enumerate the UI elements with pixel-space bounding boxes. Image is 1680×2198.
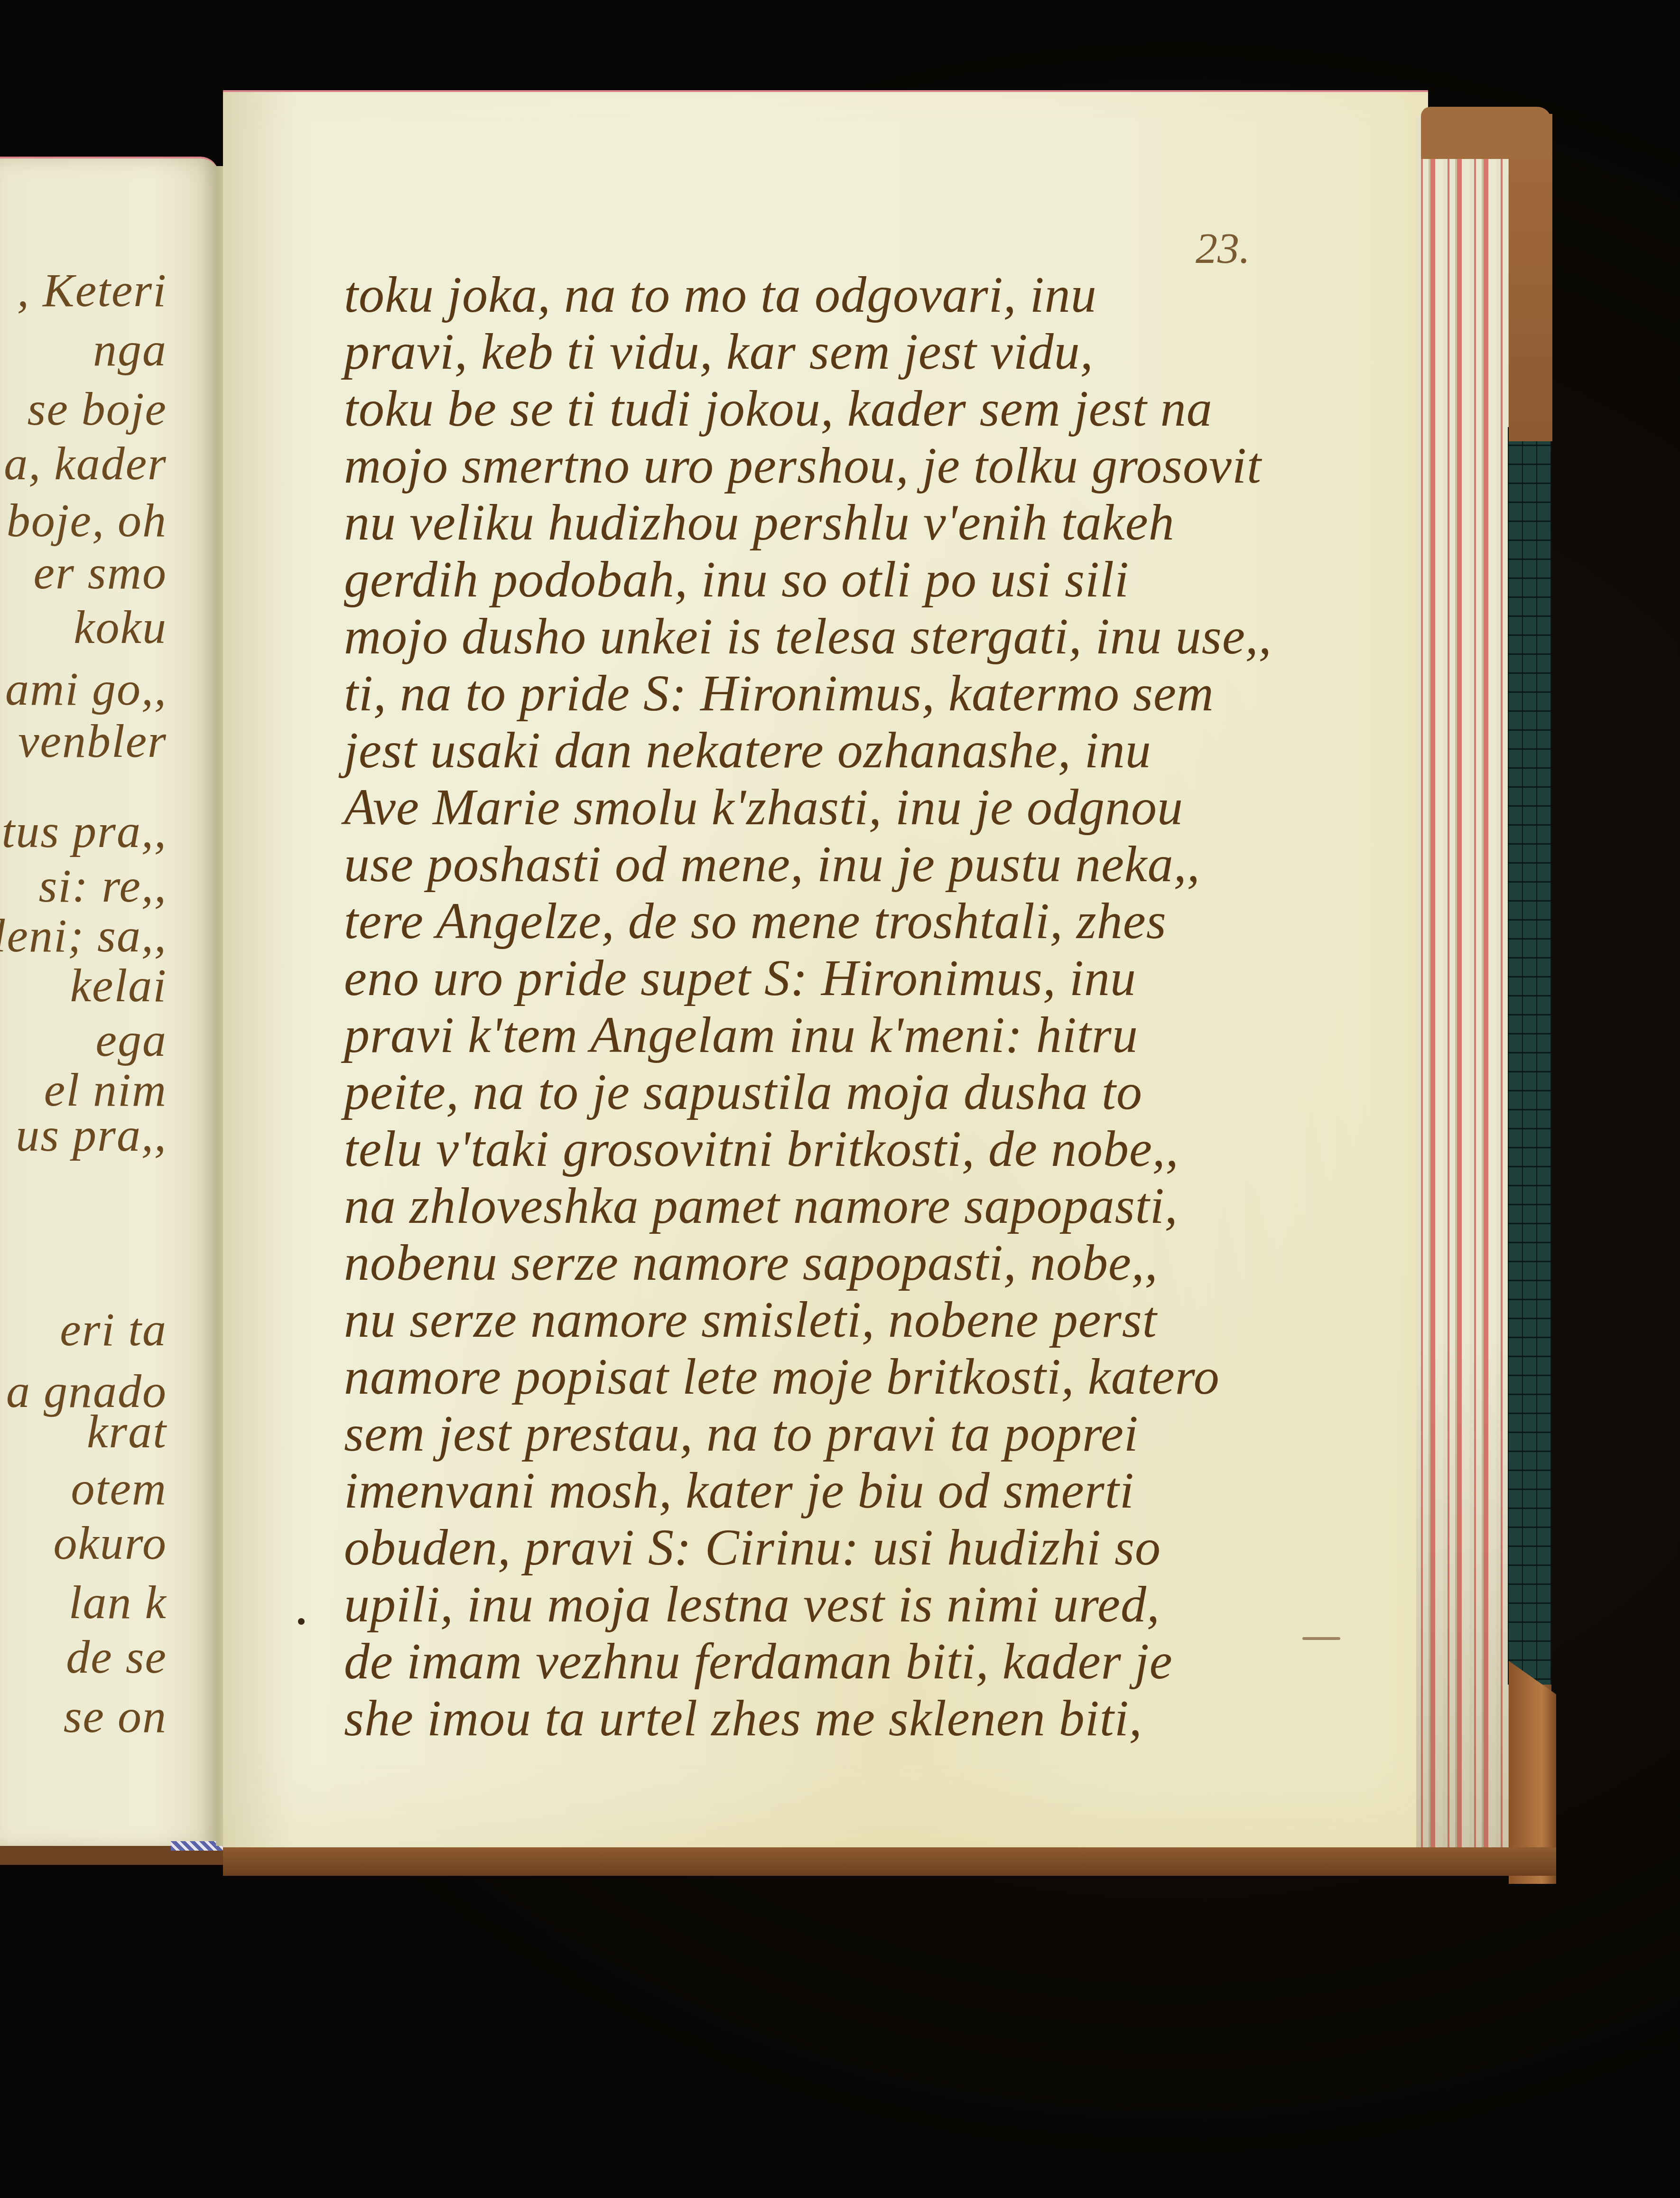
left-line: ami go,, xyxy=(5,661,167,716)
manuscript-line: mojo smertno uro pershou, je tolku groso… xyxy=(344,437,1262,495)
marbled-green-board xyxy=(1508,427,1551,1685)
leather-cover-bottom xyxy=(223,1847,1556,1876)
manuscript-line: use poshasti od mene, inu je pustu neka,… xyxy=(344,835,1200,894)
manuscript-line: jest usaki dan nekatere ozhanashe, inu xyxy=(344,721,1151,780)
manuscript-line: toku joka, na to mo ta odgovari, inu xyxy=(344,266,1097,325)
manuscript-line: de imam vezhnu ferdaman biti, kader je xyxy=(344,1632,1173,1691)
left-page: , Keteri nga se boje a, kader boje, oh e… xyxy=(0,157,219,1848)
left-line: kelai xyxy=(70,958,167,1013)
manuscript-line: na zhloveshka pamet namore sapopasti, xyxy=(344,1177,1178,1236)
left-line: boje, oh xyxy=(7,493,167,548)
left-line: leni; sa,, xyxy=(0,908,167,963)
left-line: se boje xyxy=(28,382,167,436)
left-line: de se xyxy=(66,1630,167,1684)
left-line: a, kader xyxy=(4,436,167,491)
manuscript-line: telu v'taki grosovitni britkosti, de nob… xyxy=(344,1120,1179,1179)
left-line: us pra,, xyxy=(16,1108,167,1162)
manuscript-line: sem jest prestau, na to pravi ta poprei xyxy=(344,1405,1139,1463)
manuscript-line: gerdih podobah, inu so otli po usi sili xyxy=(344,550,1129,609)
margin-mark xyxy=(1302,1637,1340,1640)
manuscript-line: imenvani mosh, kater je biu od smerti xyxy=(344,1462,1134,1520)
manuscript-line: nu serze namore smisleti, nobene perst xyxy=(344,1291,1157,1350)
left-line: lan k xyxy=(69,1575,167,1630)
manuscript-line: peite, na to je sapustila moja dusha to xyxy=(344,1063,1142,1122)
manuscript-line: ti, na to pride S: Hironimus, katermo se… xyxy=(344,664,1214,723)
left-line: si: re,, xyxy=(38,858,167,913)
left-line: okuro xyxy=(53,1516,167,1570)
manuscript-line: toku be se ti tudi jokou, kader sem jest… xyxy=(344,380,1213,438)
manuscript-line: nu veliku hudizhou pershlu v'enih takeh xyxy=(344,494,1175,552)
left-line: se on xyxy=(64,1689,167,1743)
manuscript-line: namore popisat lete moje britkosti, kate… xyxy=(344,1348,1220,1406)
manuscript-line: Ave Marie smolu k'zhasti, inu je odgnou xyxy=(344,778,1183,837)
left-line: venbler xyxy=(18,714,167,768)
manuscript-line: eno uro pride supet S: Hironimus, inu xyxy=(344,949,1136,1008)
left-line: krat xyxy=(87,1404,167,1459)
manuscript-line: mojo dusho unkei is telesa stergati, inu… xyxy=(344,607,1272,666)
left-line: eri ta xyxy=(60,1302,167,1357)
page-fore-edge xyxy=(1416,116,1511,1848)
ink-spot xyxy=(298,1618,305,1625)
left-line: otem xyxy=(71,1461,167,1516)
page-number: 23. xyxy=(1196,223,1250,273)
left-line: ega xyxy=(96,1013,167,1067)
left-line: er smo xyxy=(34,545,167,600)
manuscript-line: upili, inu moja lestna vest is nimi ured… xyxy=(344,1575,1160,1634)
left-line: nga xyxy=(93,322,167,377)
manuscript-line: pravi k'tem Angelam inu k'meni: hitru xyxy=(344,1006,1138,1065)
leather-cover-top xyxy=(1421,107,1551,159)
leather-corner-top xyxy=(1509,114,1552,441)
manuscript-line: she imou ta urtel zhes me sklenen biti, xyxy=(344,1689,1142,1748)
left-line: , Keteri xyxy=(17,263,167,317)
manuscript-line: obuden, pravi S: Cirinu: usi hudizhi so xyxy=(344,1518,1161,1577)
manuscript-line: nobenu serze namore sapopasti, nobe,, xyxy=(344,1234,1158,1293)
manuscript-line: tere Angelze, de so mene troshtali, zhes xyxy=(344,892,1167,951)
left-line: tus pra,, xyxy=(1,804,167,858)
left-line: koku xyxy=(74,600,167,654)
manuscript-line: pravi, keb ti vidu, kar sem jest vidu, xyxy=(344,323,1094,382)
